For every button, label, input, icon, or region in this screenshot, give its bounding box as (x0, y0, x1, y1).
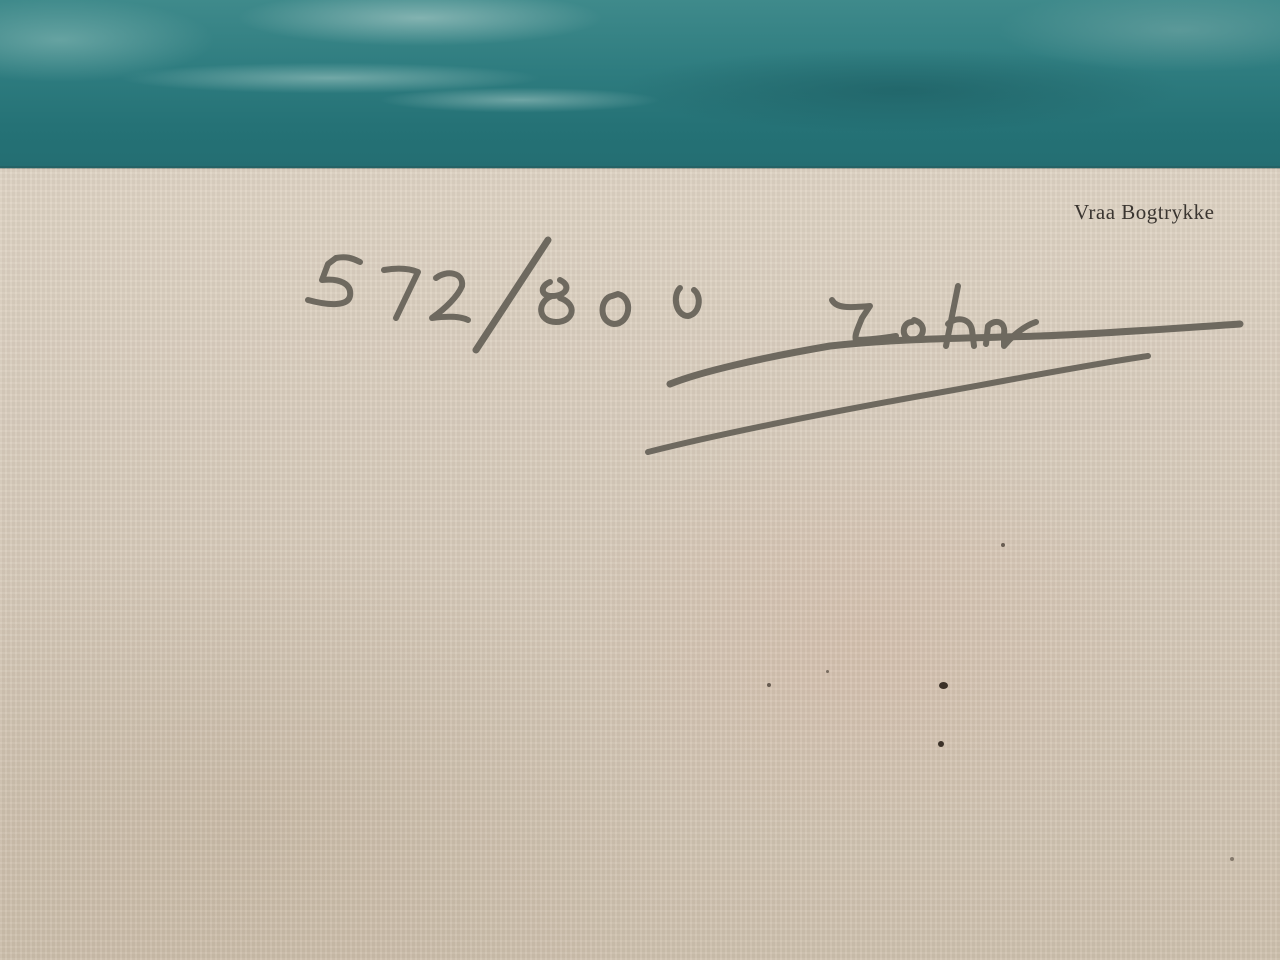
paper-speck (767, 683, 771, 687)
paper-speck (1230, 857, 1234, 861)
signature-glyphs (648, 286, 1240, 452)
paper-speck (939, 682, 948, 689)
edition-number-glyphs (308, 240, 699, 350)
paper-speck (938, 741, 944, 747)
paper-speck (826, 670, 829, 673)
print-margin-photo: Vraa Bogtrykke 572/800 John (0, 0, 1280, 960)
paper-speck (1001, 543, 1005, 547)
pencil-handwriting (0, 0, 1280, 960)
